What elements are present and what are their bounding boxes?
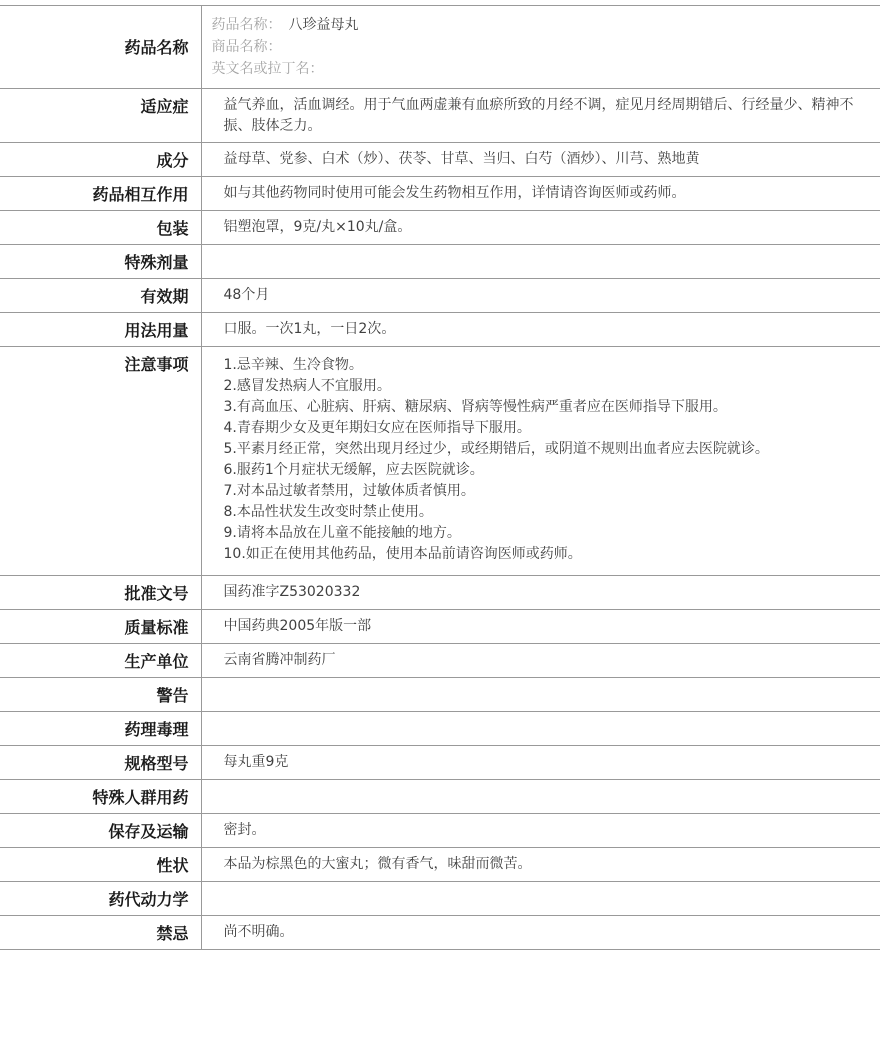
row-value-dosage-usage: 口服。一次1丸，一日2次。 xyxy=(201,313,880,347)
english-name-key: 英文名或拉丁名： xyxy=(212,61,324,77)
row-ingredients: 成分 益母草、党参、白术（炒）、茯苓、甘草、当归、白芍（酒炒）、川芎、熟地黄 xyxy=(0,143,880,177)
row-value-warning xyxy=(201,678,880,712)
precaution-item: 5.平素月经正常，突然出现月经过少，或经期错后，或阴道不规则出血者应去医院就诊。 xyxy=(224,439,857,460)
row-value-pharmacokinetics xyxy=(201,882,880,916)
row-label-manufacturer: 生产单位 xyxy=(0,644,201,678)
row-label-description: 性状 xyxy=(0,848,201,882)
row-label-pharmacokinetics: 药代动力学 xyxy=(0,882,201,916)
precaution-item: 7.对本品过敏者禁用，过敏体质者慎用。 xyxy=(224,481,857,502)
row-label-special-dosage: 特殊剂量 xyxy=(0,245,201,279)
row-value-approval-number: 国药准字Z53020332 xyxy=(201,576,880,610)
row-label-drug-name: 药品名称 xyxy=(0,6,201,89)
row-label-packaging: 包装 xyxy=(0,211,201,245)
row-drug-interactions: 药品相互作用 如与其他药物同时使用可能会发生药物相互作用，详情请咨询医师或药师。 xyxy=(0,177,880,211)
row-special-dosage: 特殊剂量 xyxy=(0,245,880,279)
row-dosage-usage: 用法用量 口服。一次1丸，一日2次。 xyxy=(0,313,880,347)
row-label-drug-interactions: 药品相互作用 xyxy=(0,177,201,211)
row-label-indications: 适应症 xyxy=(0,89,201,143)
row-indications: 适应症 益气养血，活血调经。用于气血两虚兼有血瘀所致的月经不调，症见月经周期错后… xyxy=(0,89,880,143)
row-manufacturer: 生产单位 云南省腾冲制药厂 xyxy=(0,644,880,678)
row-precautions: 注意事项 1.忌辛辣、生冷食物。 2.感冒发热病人不宜服用。 3.有高血压、心脏… xyxy=(0,347,880,576)
row-value-pharmacology-toxicology xyxy=(201,712,880,746)
row-approval-number: 批准文号 国药准字Z53020332 xyxy=(0,576,880,610)
row-label-quality-standard: 质量标准 xyxy=(0,610,201,644)
row-value-storage-transport: 密封。 xyxy=(201,814,880,848)
row-storage-transport: 保存及运输 密封。 xyxy=(0,814,880,848)
row-value-contraindications: 尚不明确。 xyxy=(201,916,880,950)
row-value-drug-interactions: 如与其他药物同时使用可能会发生药物相互作用，详情请咨询医师或药师。 xyxy=(201,177,880,211)
precaution-item: 2.感冒发热病人不宜服用。 xyxy=(224,376,857,397)
row-contraindications: 禁忌 尚不明确。 xyxy=(0,916,880,950)
row-label-approval-number: 批准文号 xyxy=(0,576,201,610)
row-value-ingredients: 益母草、党参、白术（炒）、茯苓、甘草、当归、白芍（酒炒）、川芎、熟地黄 xyxy=(201,143,880,177)
drug-name-value: 八珍益母丸 xyxy=(289,17,359,33)
trade-name-key: 商品名称： xyxy=(212,39,282,55)
row-description: 性状 本品为棕黑色的大蜜丸；微有香气，味甜而微苦。 xyxy=(0,848,880,882)
precaution-item: 3.有高血压、心脏病、肝病、糖尿病、肾病等慢性病严重者应在医师指导下服用。 xyxy=(224,397,857,418)
precaution-item: 1.忌辛辣、生冷食物。 xyxy=(224,355,857,376)
row-pharmacology-toxicology: 药理毒理 xyxy=(0,712,880,746)
row-shelf-life: 有效期 48个月 xyxy=(0,279,880,313)
row-value-description: 本品为棕黑色的大蜜丸；微有香气，味甜而微苦。 xyxy=(201,848,880,882)
row-value-shelf-life: 48个月 xyxy=(201,279,880,313)
row-value-manufacturer: 云南省腾冲制药厂 xyxy=(201,644,880,678)
row-value-specification: 每丸重9克 xyxy=(201,746,880,780)
row-label-specification: 规格型号 xyxy=(0,746,201,780)
row-label-storage-transport: 保存及运输 xyxy=(0,814,201,848)
row-value-packaging: 铝塑泡罩，9克/丸×10丸/盒。 xyxy=(201,211,880,245)
drug-name-line: 药品名称：八珍益母丸 xyxy=(212,14,865,36)
precaution-item: 8.本品性状发生改变时禁止使用。 xyxy=(224,502,857,523)
row-drug-name: 药品名称 药品名称：八珍益母丸 商品名称： 英文名或拉丁名： xyxy=(0,6,880,89)
row-specification: 规格型号 每丸重9克 xyxy=(0,746,880,780)
row-value-special-dosage xyxy=(201,245,880,279)
drug-info-table: 药品名称 药品名称：八珍益母丸 商品名称： 英文名或拉丁名： 适应症 益气养血，… xyxy=(0,5,880,950)
precaution-item: 9.请将本品放在儿童不能接触的地方。 xyxy=(224,523,857,544)
row-quality-standard: 质量标准 中国药典2005年版一部 xyxy=(0,610,880,644)
row-value-drug-name: 药品名称：八珍益母丸 商品名称： 英文名或拉丁名： xyxy=(201,6,880,89)
row-label-dosage-usage: 用法用量 xyxy=(0,313,201,347)
precaution-item: 6.服药1个月症状无缓解，应去医院就诊。 xyxy=(224,460,857,481)
row-warning: 警告 xyxy=(0,678,880,712)
precaution-item: 4.青春期少女及更年期妇女应在医师指导下服用。 xyxy=(224,418,857,439)
drug-name-key: 药品名称： xyxy=(212,17,282,33)
row-label-contraindications: 禁忌 xyxy=(0,916,201,950)
row-label-ingredients: 成分 xyxy=(0,143,201,177)
row-label-shelf-life: 有效期 xyxy=(0,279,201,313)
precaution-item: 10.如正在使用其他药品，使用本品前请咨询医师或药师。 xyxy=(224,544,857,565)
row-value-precautions: 1.忌辛辣、生冷食物。 2.感冒发热病人不宜服用。 3.有高血压、心脏病、肝病、… xyxy=(201,347,880,576)
row-value-quality-standard: 中国药典2005年版一部 xyxy=(201,610,880,644)
row-label-pharmacology-toxicology: 药理毒理 xyxy=(0,712,201,746)
row-value-indications: 益气养血，活血调经。用于气血两虚兼有血瘀所致的月经不调，症见月经周期错后、行经量… xyxy=(201,89,880,143)
row-label-special-populations: 特殊人群用药 xyxy=(0,780,201,814)
row-label-precautions: 注意事项 xyxy=(0,347,201,576)
row-packaging: 包装 铝塑泡罩，9克/丸×10丸/盒。 xyxy=(0,211,880,245)
english-name-line: 英文名或拉丁名： xyxy=(212,58,865,80)
row-special-populations: 特殊人群用药 xyxy=(0,780,880,814)
row-pharmacokinetics: 药代动力学 xyxy=(0,882,880,916)
trade-name-line: 商品名称： xyxy=(212,36,865,58)
row-value-special-populations xyxy=(201,780,880,814)
row-label-warning: 警告 xyxy=(0,678,201,712)
